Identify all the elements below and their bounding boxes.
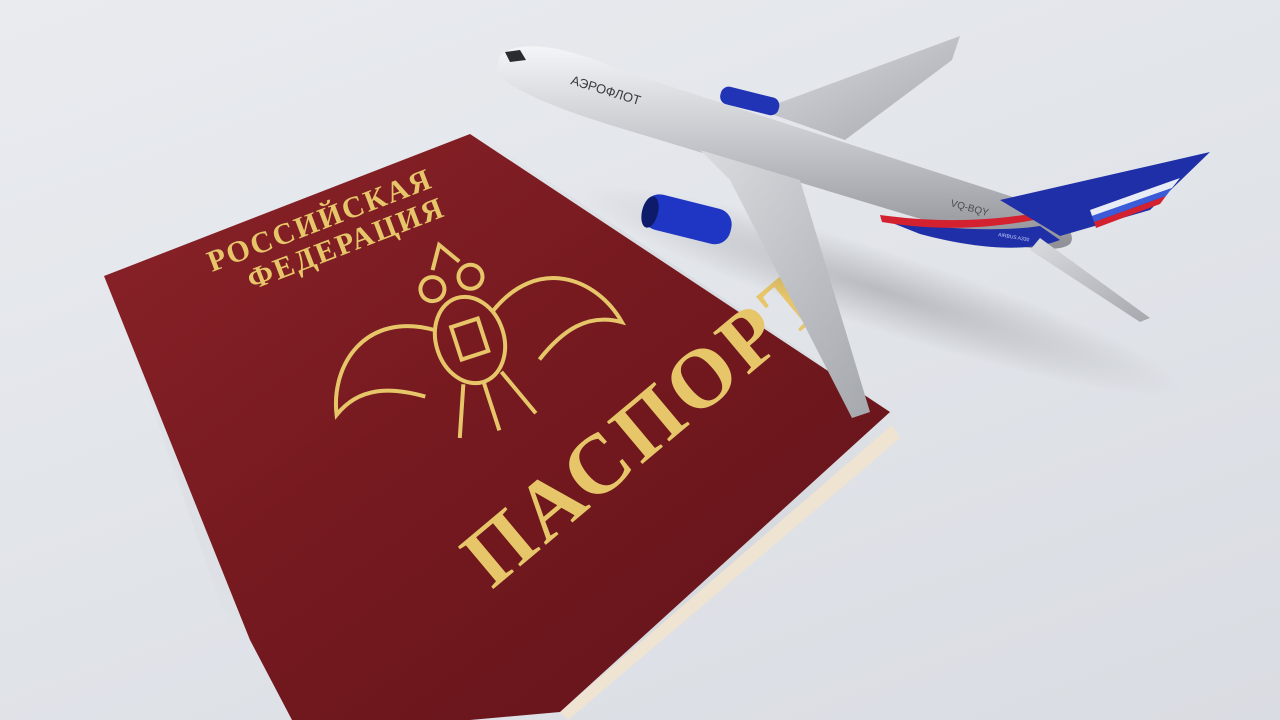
airplane-far-wing <box>760 36 960 140</box>
photo-scene: РОССИЙСКАЯ ФЕДЕРАЦИЯ ПАСПОРТ <box>0 0 1280 720</box>
